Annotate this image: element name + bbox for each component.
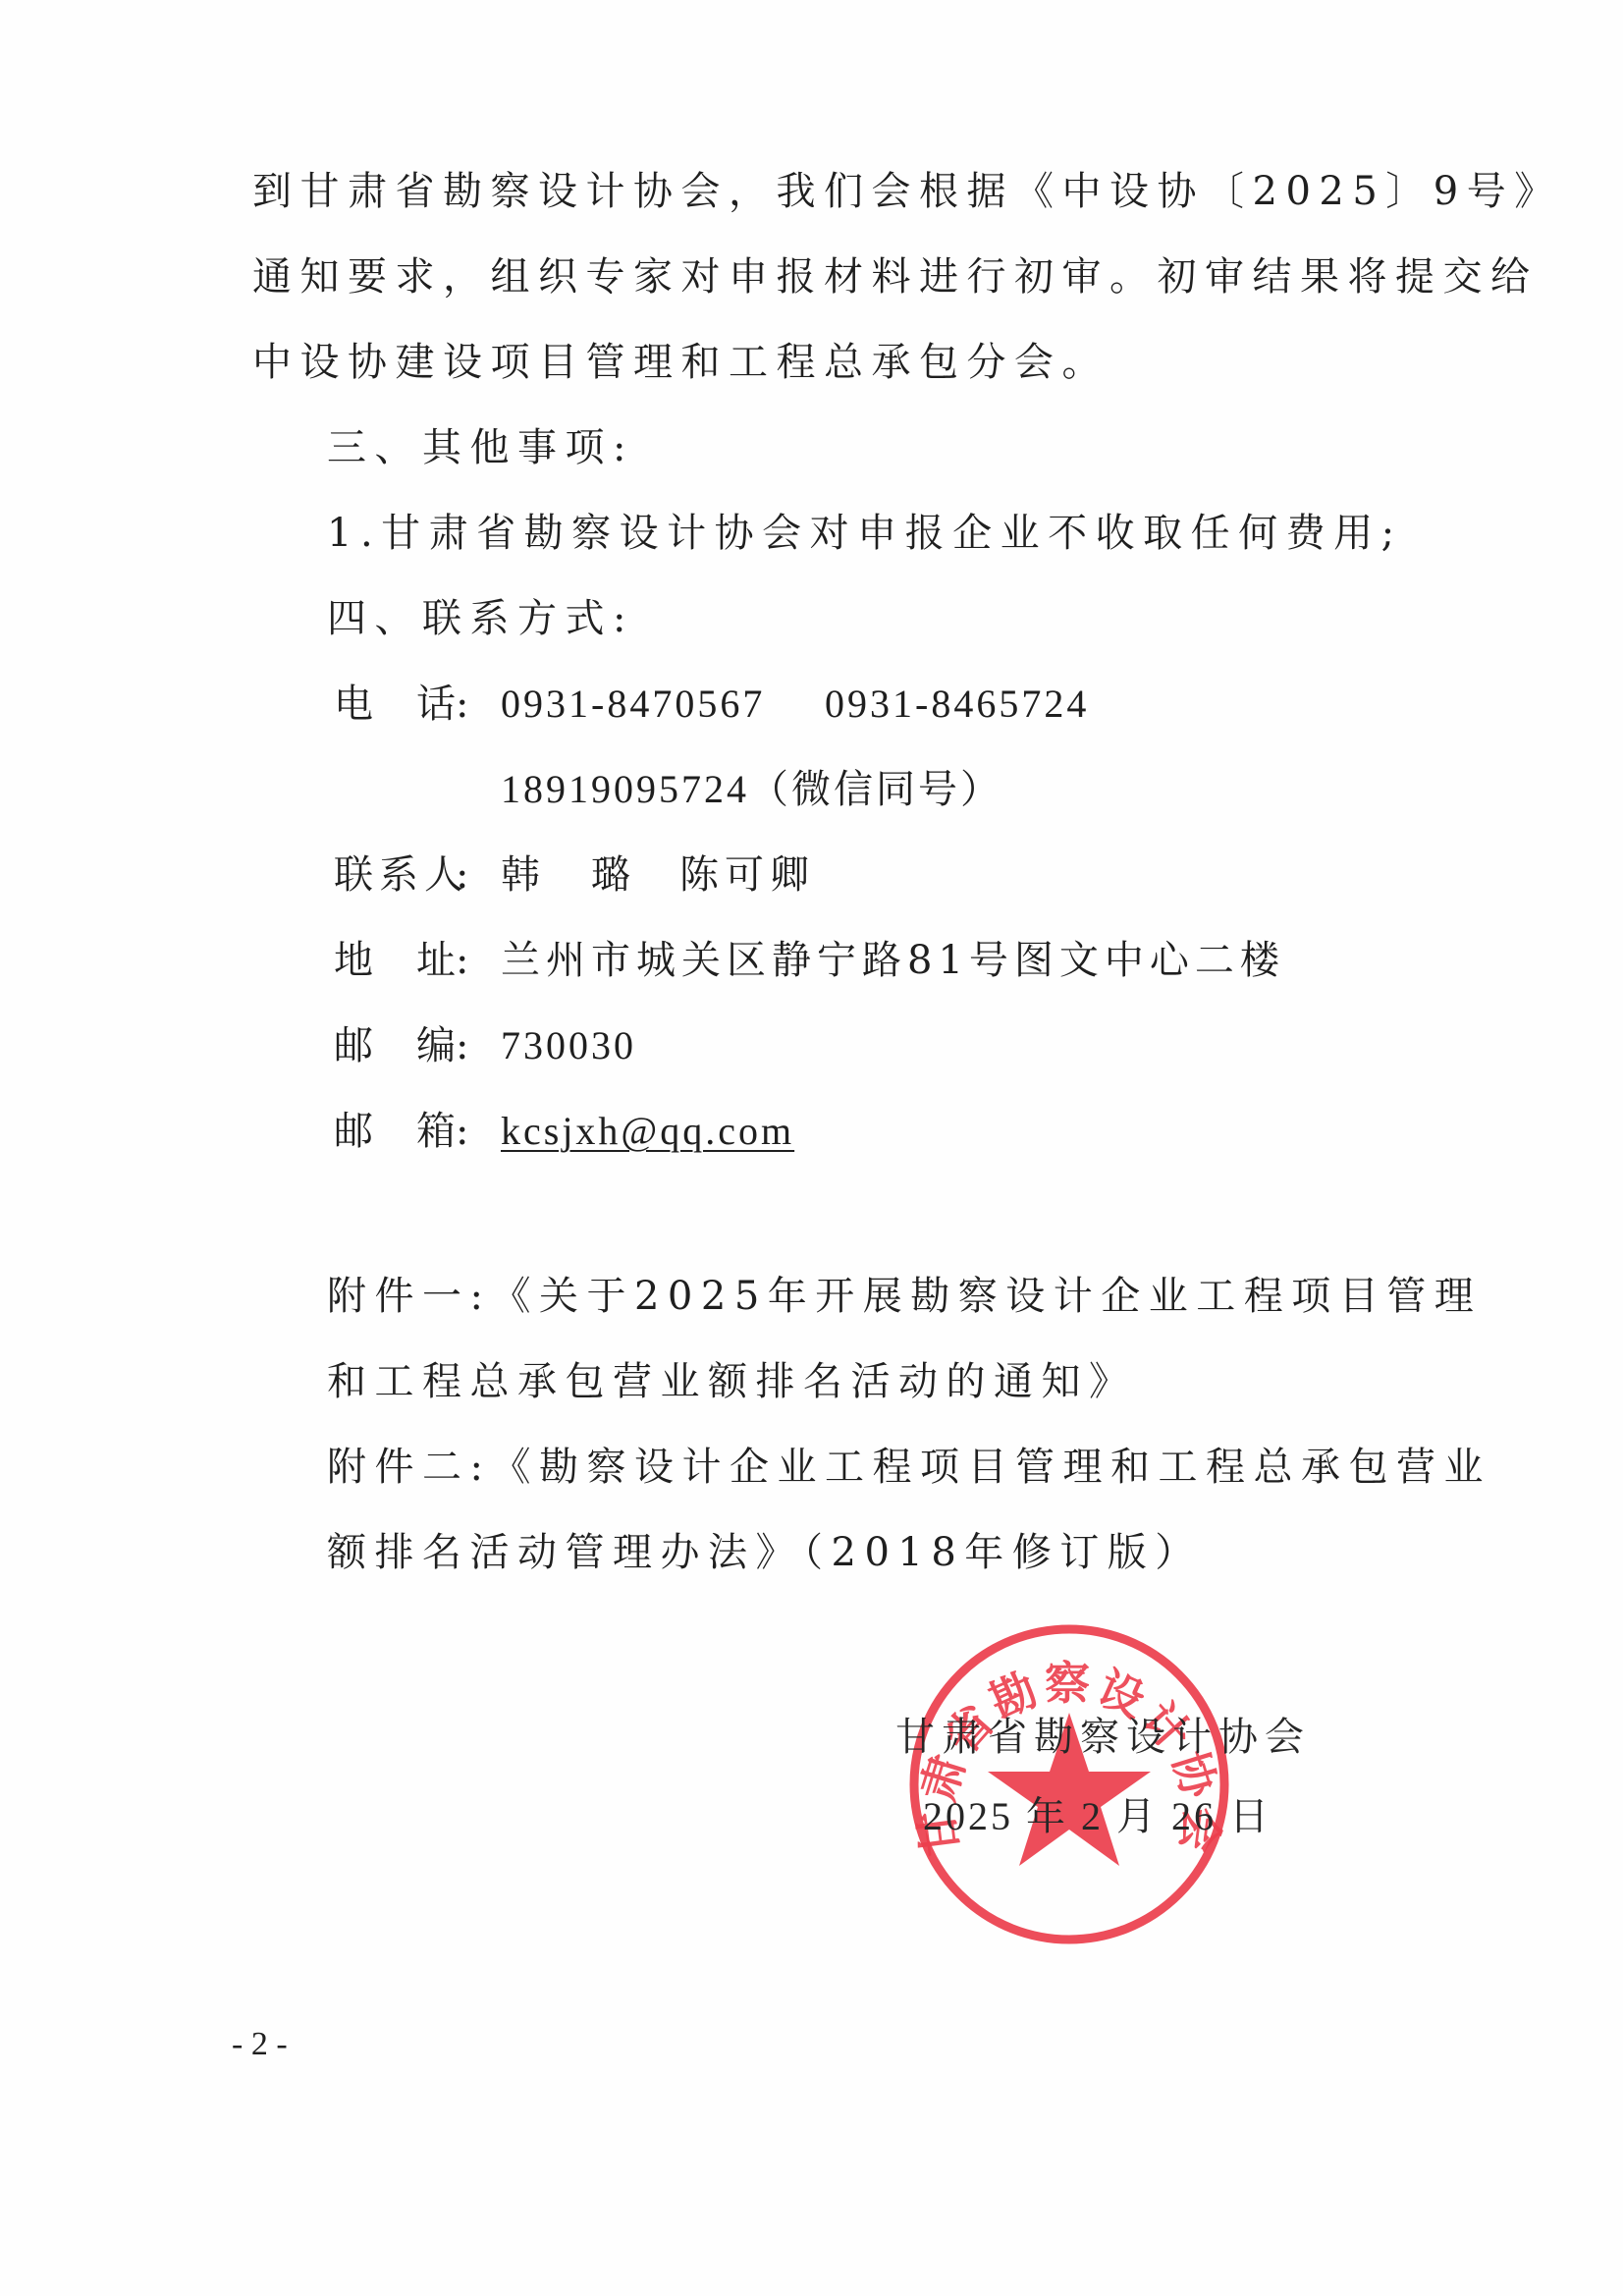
attachment-1-line-1: 附件一:《关于2025年开展勘察设计企业工程项目管理 xyxy=(327,1273,1482,1320)
attachment-2-line-1: 附件二:《勘察设计企业工程项目管理和工程总承包营业 xyxy=(327,1444,1491,1491)
phone-label-char-2: 话 xyxy=(416,681,456,728)
signature-organization: 甘肃省勘察设计协会 xyxy=(895,1714,1311,1761)
phone-label-char-1: 电 xyxy=(334,681,373,728)
address-label-colon: : xyxy=(456,937,468,984)
paragraph-line-3: 中设协建设项目管理和工程总承包分会。 xyxy=(252,339,1109,386)
section-other-heading: 三、其他事项: xyxy=(327,424,634,471)
postcode-value: 730030 xyxy=(501,1022,636,1069)
email-label-char-2: 箱 xyxy=(416,1108,456,1155)
email-label-colon: : xyxy=(456,1108,468,1155)
attachment-2-line-2: 额排名活动管理办法》（2018年修订版） xyxy=(327,1529,1203,1576)
document-page: 到甘肃省勘察设计协会，我们会根据《中设协〔2025〕9号》 通知要求，组织专家对… xyxy=(0,0,1623,2296)
address-value: 兰州市城关区静宁路81号图文中心二楼 xyxy=(501,937,1285,984)
postcode-label-colon: : xyxy=(456,1022,468,1069)
email-label-char-1: 邮 xyxy=(334,1108,373,1155)
phone-number-2: 0931-8465724 xyxy=(825,681,1089,728)
official-seal: 甘肃省勘察设计协会 xyxy=(907,1622,1231,1946)
address-label-char-2: 址 xyxy=(416,937,456,984)
postcode-label-char-2: 编 xyxy=(416,1022,456,1069)
postcode-label-char-1: 邮 xyxy=(334,1022,373,1069)
paragraph-line-1: 到甘肃省勘察设计协会，我们会根据《中设协〔2025〕9号》 xyxy=(252,168,1562,215)
phone-label-colon: : xyxy=(456,681,468,728)
section-other-item-1: 1.甘肃省勘察设计协会对申报企业不收取任何费用; xyxy=(327,510,1403,557)
address-label-char-1: 地 xyxy=(334,937,373,984)
contact-person-name-2: 陈可卿 xyxy=(679,851,815,899)
signature-date: 2025 年 2 月 26 日 xyxy=(923,1793,1271,1840)
phone-number-1: 0931-8470567 xyxy=(501,681,765,728)
contact-person-label: 联系人 xyxy=(334,851,469,899)
contact-person-colon: : xyxy=(456,851,468,899)
section-contact-heading: 四、联系方式: xyxy=(327,595,634,642)
contact-person-name-1: 韩 璐 xyxy=(501,851,636,899)
page-number: - 2 - xyxy=(232,2025,288,2064)
attachment-1-line-2: 和工程总承包营业额排名活动的通知》 xyxy=(327,1358,1137,1405)
mobile-number: 18919095724（微信同号） xyxy=(501,766,1002,813)
email-link[interactable]: kcsjxh@qq.com xyxy=(501,1108,794,1155)
paragraph-line-2: 通知要求，组织专家对申报材料进行初审。初审结果将提交给 xyxy=(252,253,1539,301)
